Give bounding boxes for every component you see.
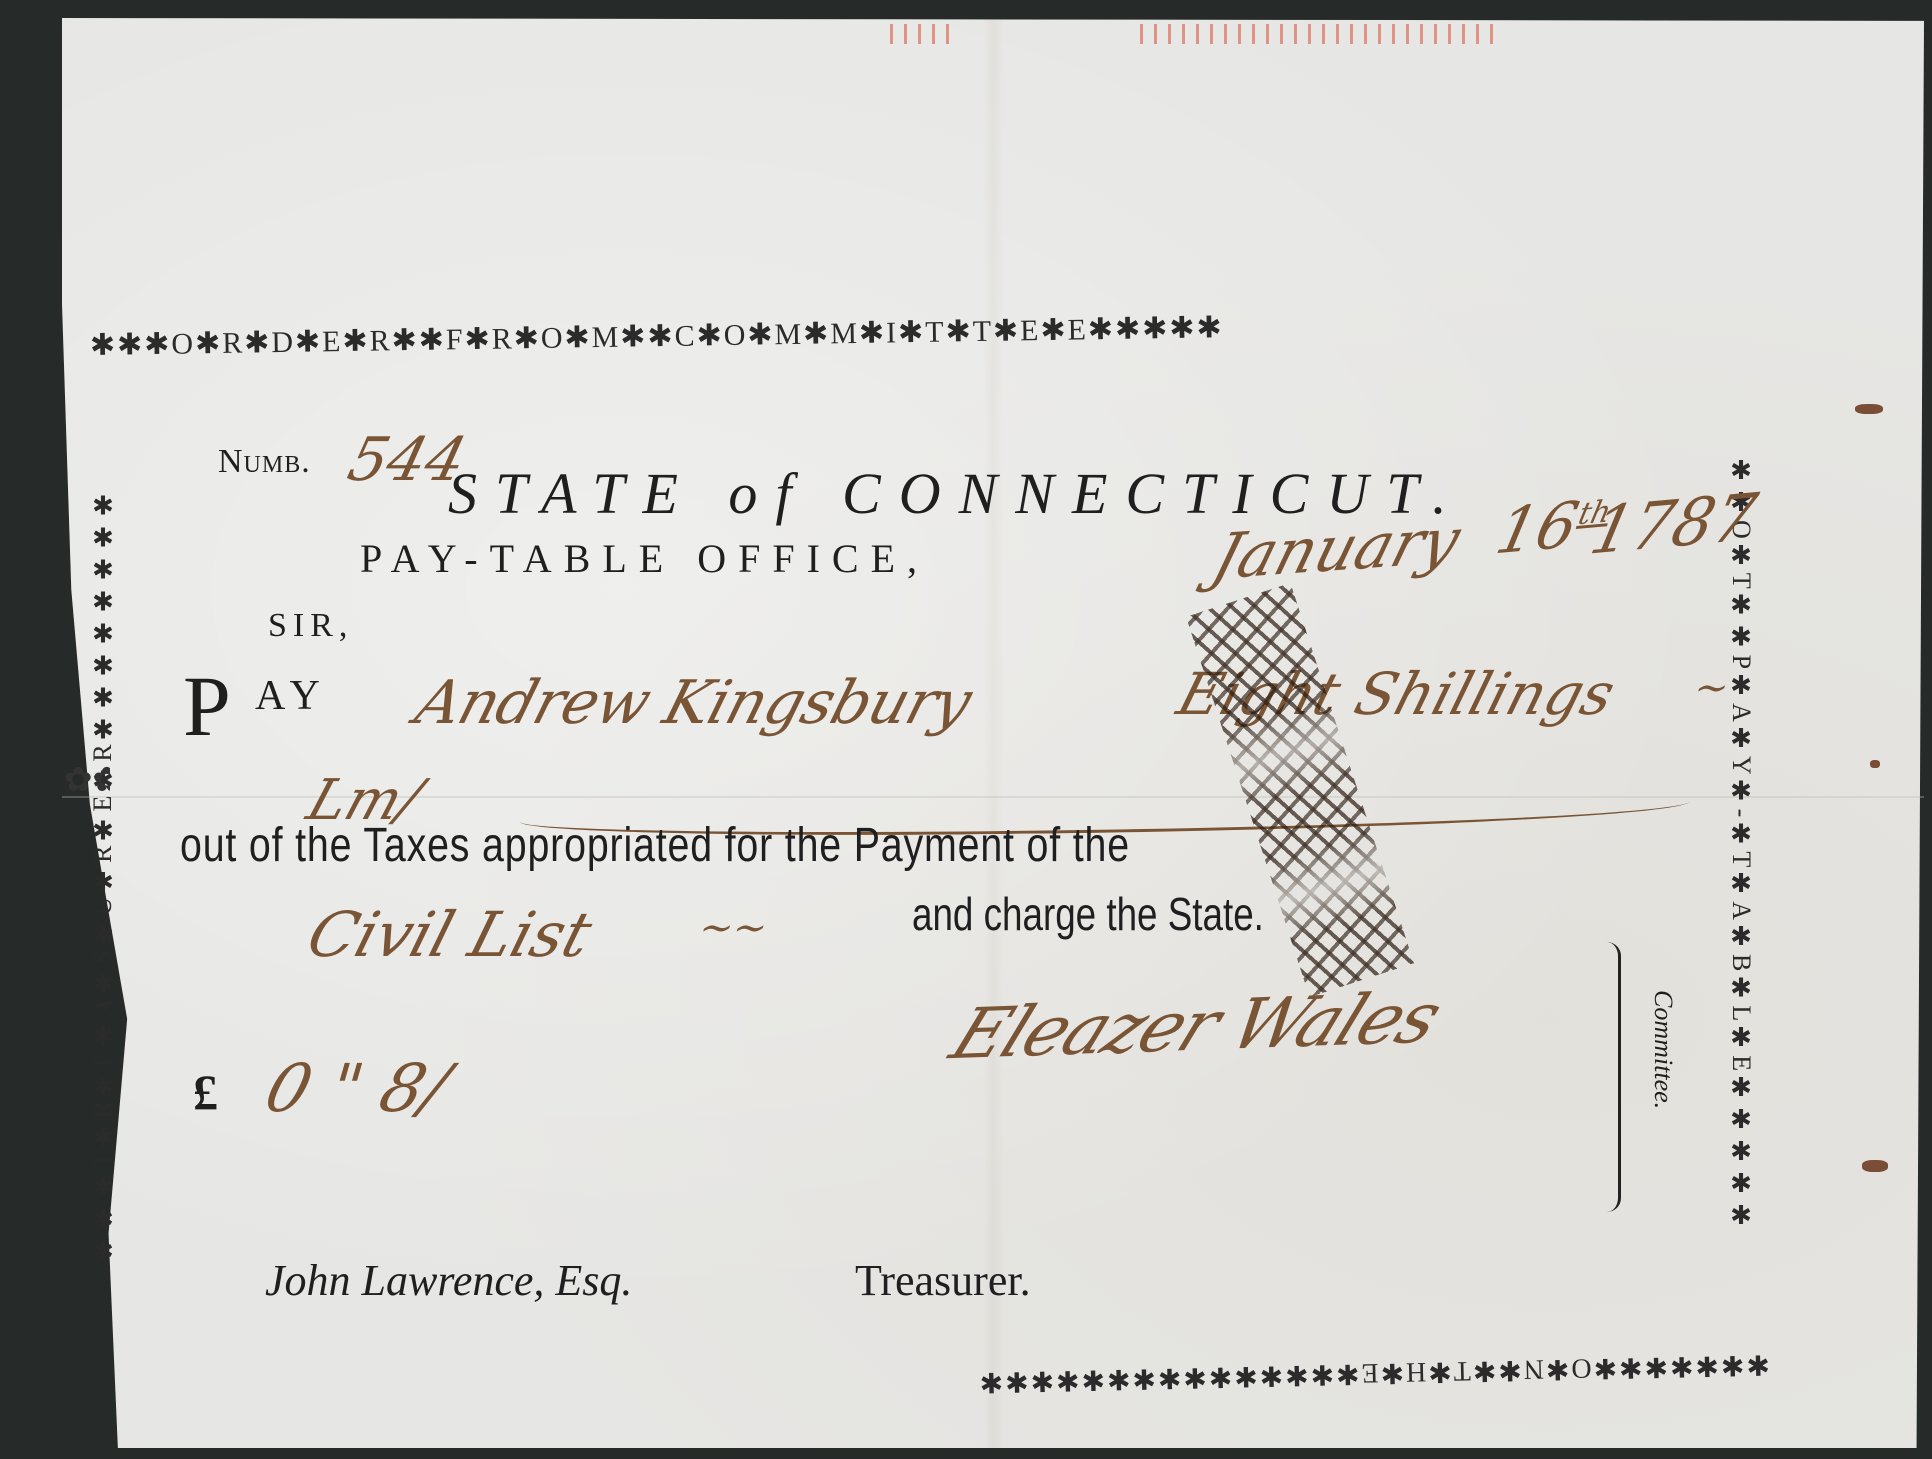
appropriation-text: out of the Taxes appropriated for the Pa… <box>180 818 1130 873</box>
rust-spot <box>1855 404 1883 414</box>
rust-spot <box>1870 760 1880 768</box>
payee-name: Andrew Kingsbury <box>408 668 979 738</box>
pound-sign-icon: £ <box>193 1063 218 1121</box>
charge-text: and charge the State. <box>912 887 1264 941</box>
salutation: SIR, <box>268 607 353 645</box>
treasurer-name: John Lawrence, Esq. <box>265 1255 632 1306</box>
treasurer-title: Treasurer. <box>855 1255 1031 1306</box>
date-year: 1787 <box>1584 480 1764 570</box>
pay-label: AY <box>255 672 328 720</box>
rust-spot <box>1862 1160 1888 1172</box>
number-label: Numb. <box>218 443 311 481</box>
pay-initial-letter: P <box>183 663 231 749</box>
brace-bracket <box>1598 942 1621 1212</box>
committee-label: Committee. <box>1648 990 1678 1109</box>
rosette-ornament-icon: ✿✿✿✿✿✿✿✿✿✿✿✿✿✿✿ <box>64 760 110 1400</box>
red-edge-stain <box>1140 24 1500 44</box>
fund-name: Civil List <box>300 898 600 971</box>
amount-figure: 0 " 8/ <box>257 1050 458 1127</box>
border-right-pay-table: ✱✱O✱T✱✱P✱A✱Y✱-✱T✱A✱B✱L✱E✱✱✱✱✱ <box>1700 320 1756 1370</box>
fund-flourish: ~~ <box>693 905 773 951</box>
office-name: PAY-TABLE OFFICE, <box>360 535 929 582</box>
document-paper <box>62 18 1924 1448</box>
red-edge-stain <box>890 24 950 44</box>
